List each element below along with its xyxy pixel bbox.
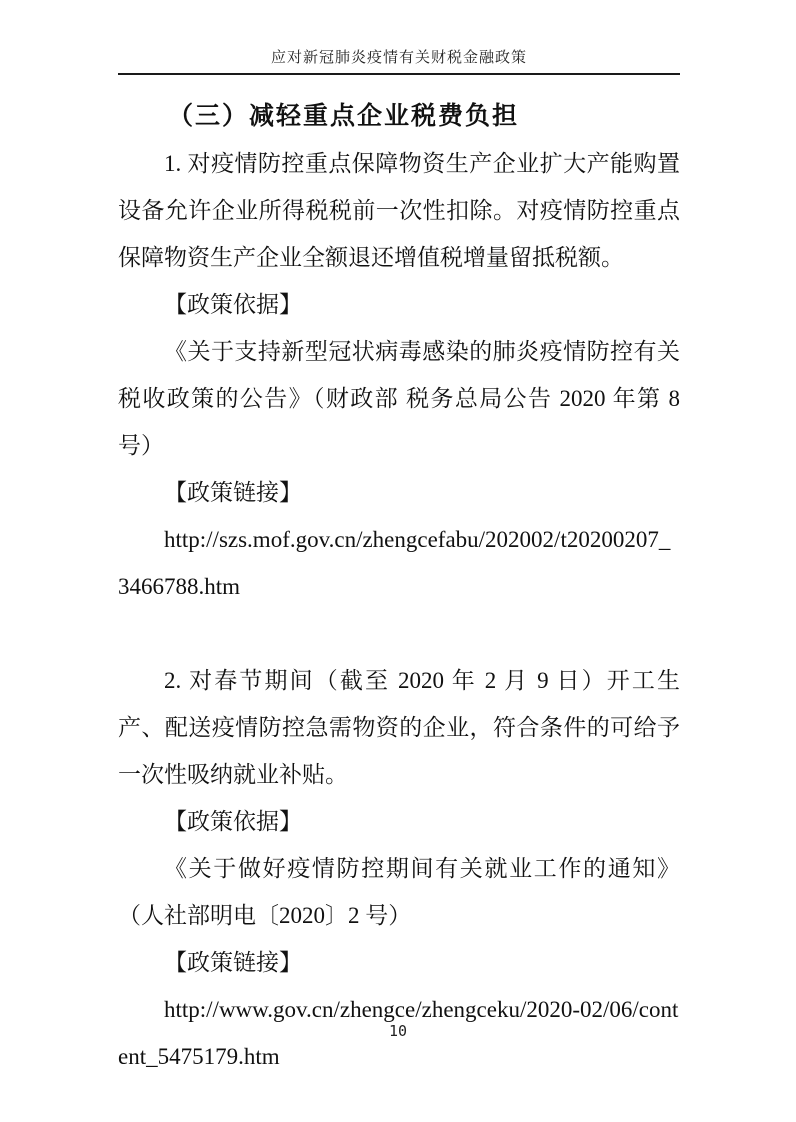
page-number: 10 — [0, 1022, 796, 1040]
policy-basis-label-2: 【政策依据】 — [118, 798, 680, 845]
document-body: （三）减轻重点企业税费负担 1. 对疫情防控重点保障物资生产企业扩大产能购置设备… — [118, 75, 680, 1080]
section-heading: （三）减轻重点企业税费负担 — [118, 93, 680, 140]
running-header-title: 应对新冠肺炎疫情有关财税金融政策 — [118, 46, 680, 73]
policy-item-1: 1. 对疫情防控重点保障物资生产企业扩大产能购置设备允许企业所得税税前一次性扣除… — [118, 140, 680, 610]
policy-link-label-1: 【政策链接】 — [118, 469, 680, 516]
policy-paragraph-2: 2. 对春节期间（截至 2020 年 2 月 9 日）开工生产、配送疫情防控急需… — [118, 657, 680, 798]
policy-basis-label-1: 【政策依据】 — [118, 281, 680, 328]
policy-link-label-2: 【政策链接】 — [118, 939, 680, 986]
policy-paragraph-1: 1. 对疫情防控重点保障物资生产企业扩大产能购置设备允许企业所得税税前一次性扣除… — [118, 140, 680, 281]
policy-item-2: 2. 对春节期间（截至 2020 年 2 月 9 日）开工生产、配送疫情防控急需… — [118, 657, 680, 1080]
policy-basis-text-2: 《关于做好疫情防控期间有关就业工作的通知》（人社部明电〔2020〕2 号） — [118, 845, 680, 939]
page-header: 应对新冠肺炎疫情有关财税金融政策 — [118, 0, 680, 75]
policy-link-url-1: http://szs.mof.gov.cn/zhengcefabu/202002… — [118, 516, 680, 610]
policy-basis-text-1: 《关于支持新型冠状病毒感染的肺炎疫情防控有关税收政策的公告》（财政部 税务总局公… — [118, 328, 680, 469]
document-page: 应对新冠肺炎疫情有关财税金融政策 （三）减轻重点企业税费负担 1. 对疫情防控重… — [0, 0, 796, 1122]
